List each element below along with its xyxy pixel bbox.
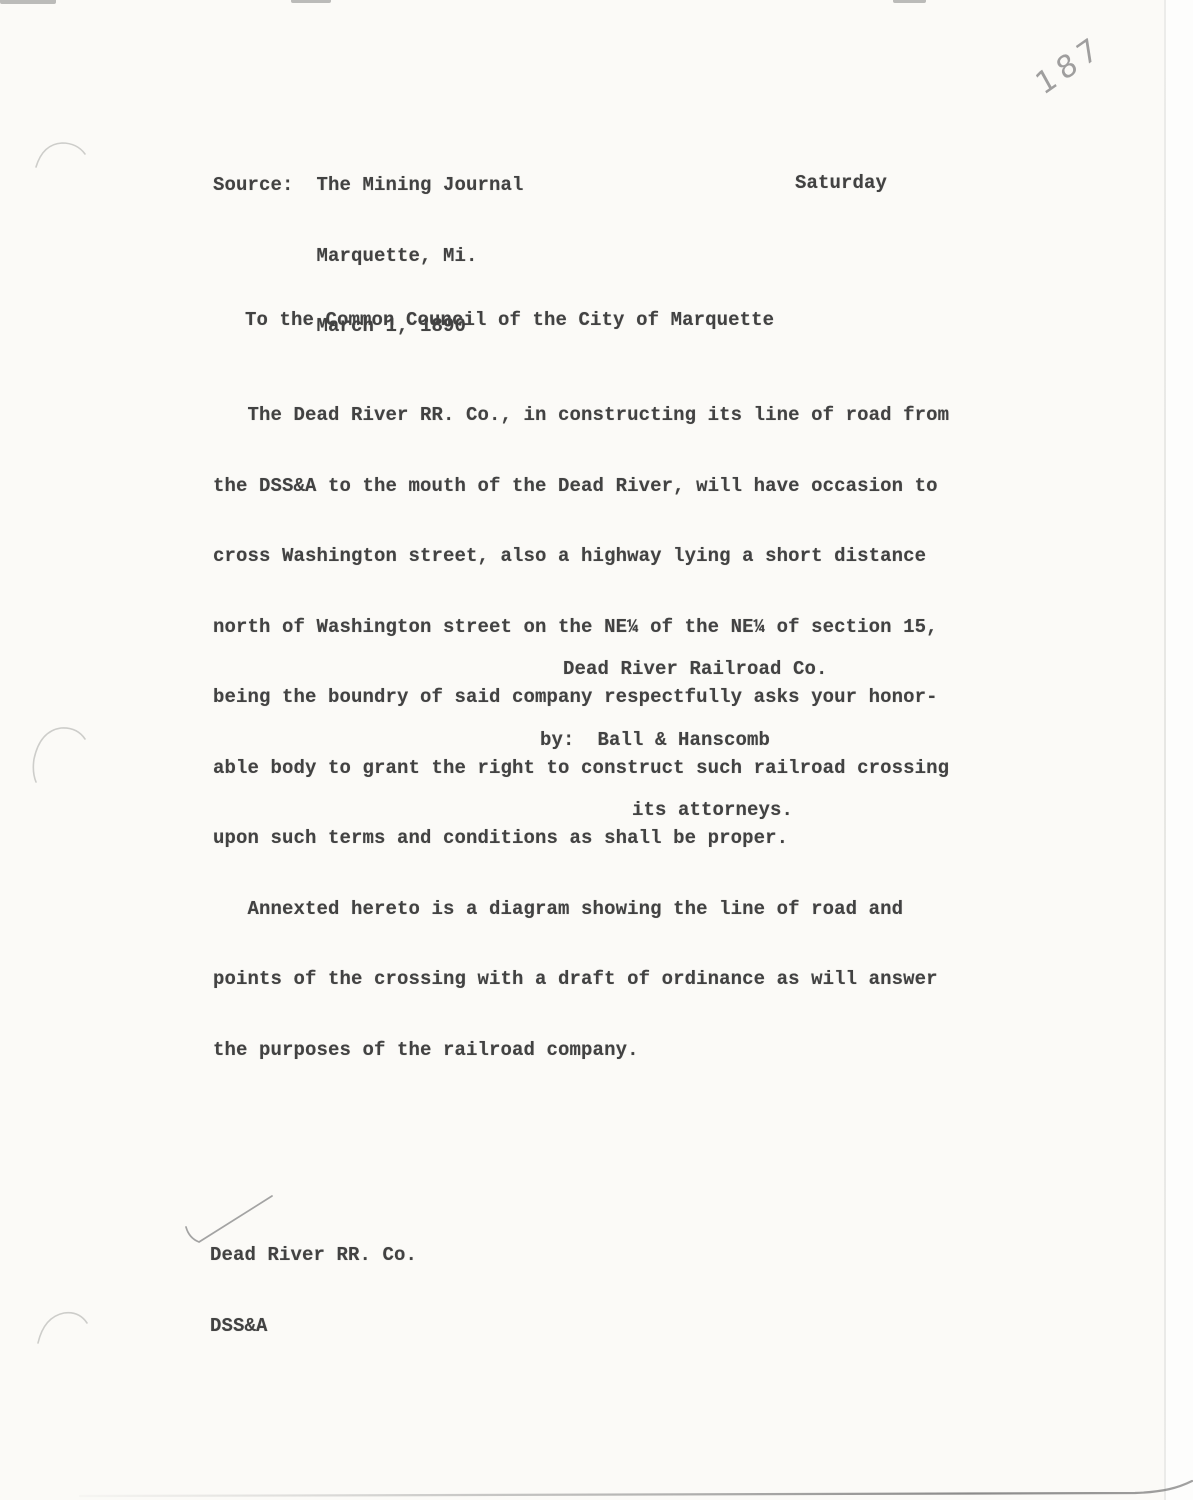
handwritten-page-number: 187 (1030, 29, 1109, 103)
page-right-edge-line (1164, 0, 1166, 1500)
weekday-label: Saturday (795, 172, 887, 196)
filing-company-line: Dead River RR. Co. (210, 1244, 417, 1268)
body-line: Annexted hereto is a diagram showing the… (213, 898, 949, 922)
source-line: Source: The Mining Journal (213, 174, 524, 198)
body-line: the purposes of the railroad company. (213, 1039, 949, 1063)
paper-curl-arc (36, 143, 85, 167)
salutation-line: To the Common Council of the City of Mar… (245, 309, 774, 333)
top-edge-smudge (291, 0, 331, 3)
top-edge-smudge (0, 0, 56, 4)
body-line: points of the crossing with a draft of o… (213, 968, 949, 992)
source-header: Source: The Mining Journal Marquette, Mi… (213, 127, 524, 386)
body-line: The Dead River RR. Co., in constructing … (213, 404, 949, 428)
top-edge-smudge (893, 0, 926, 3)
scanned-document-page: 187 Source: The Mining Journal Marquette… (0, 0, 1193, 1500)
page-right-edge-strip (1166, 0, 1193, 1500)
source-city-line: Marquette, Mi. (213, 245, 524, 269)
signature-company-line: Dead River Railroad Co. (540, 658, 828, 682)
filing-label: Dead River RR. Co. DSS&A (210, 1197, 417, 1385)
body-line: the DSS&A to the mouth of the Dead River… (213, 475, 949, 499)
bottom-page-edge-shadow (80, 1481, 1192, 1496)
paper-curl-arc (33, 728, 85, 782)
signature-attorneys-line: its attorneys. (540, 799, 828, 823)
paper-curl-arc (38, 1313, 87, 1343)
filing-dssa-line: DSS&A (210, 1315, 417, 1339)
body-line: cross Washington street, also a highway … (213, 545, 949, 569)
signature-block: Dead River Railroad Co. by: Ball & Hansc… (540, 611, 828, 870)
signature-by-line: by: Ball & Hanscomb (540, 729, 828, 753)
